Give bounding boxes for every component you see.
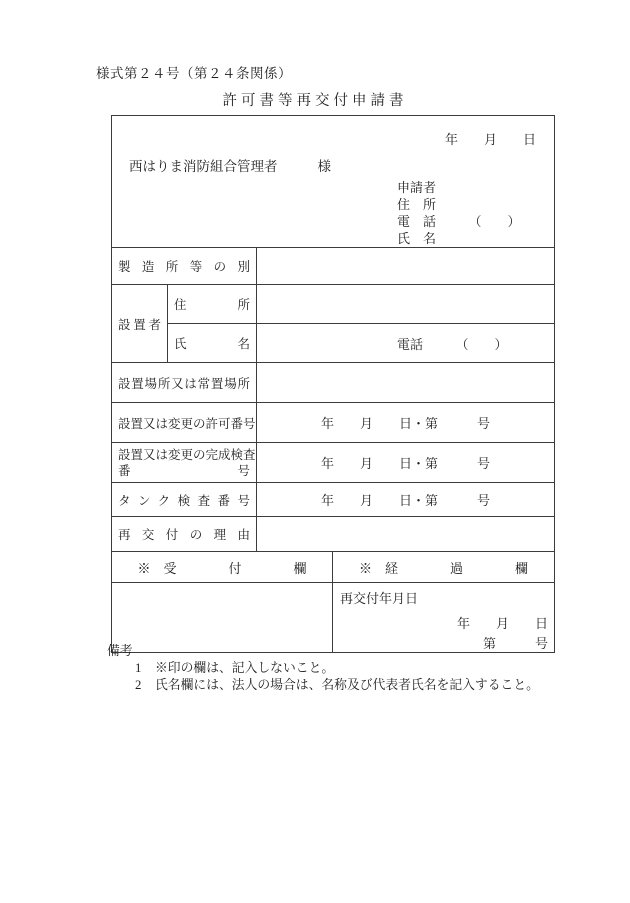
remark-1-number: 1 — [135, 660, 155, 677]
remark-item-1: 1 ※印の欄は、記入しないこと。 — [107, 660, 539, 677]
date-line: 年 月 日 — [112, 129, 554, 148]
form-number: 様式第２４号（第２４条関係） — [96, 62, 292, 82]
installer-phone-value: 電話 （ ） — [257, 324, 555, 363]
section-header-row: ※ 受 付 欄 ※ 経 過 欄 — [112, 552, 555, 583]
location-value-cell — [257, 363, 555, 403]
installer-name-row: 氏名 電話 （ ） — [112, 324, 555, 363]
installer-label: 設置者 — [112, 285, 168, 363]
addressee-line: 西はりま消防組合管理者様 — [112, 155, 554, 175]
honorific: 様 — [318, 159, 332, 174]
tank-inspection-row: タンク検査番号 年 月 日・第 号 — [112, 483, 555, 517]
reissue-reason-row: 再交付の理由 — [112, 517, 555, 552]
facility-type-row: 製造所等の別 — [112, 248, 555, 285]
remarks-block: 備考 1 ※印の欄は、記入しないこと。 2 氏名欄には、法人の場合は、名称及び代… — [107, 643, 539, 694]
addressee: 西はりま消防組合管理者 — [129, 159, 278, 174]
applicant-block: 申請者 住 所 電 話 （ ） 氏 名 — [397, 179, 554, 247]
header-cell: 年 月 日 西はりま消防組合管理者様 申請者 住 所 電 話 （ ） 氏 名 — [112, 116, 555, 248]
reissue-date-value: 年 月 日 — [333, 613, 554, 632]
remark-2-text: 氏名欄には、法人の場合は、名称及び代表者氏名を記入すること。 — [155, 677, 539, 694]
location-row: 設置場所又は常置場所 — [112, 363, 555, 403]
facility-type-label: 製造所等の別 — [112, 248, 257, 285]
header-row: 年 月 日 西はりま消防組合管理者様 申請者 住 所 電 話 （ ） 氏 名 — [112, 116, 555, 248]
completion-inspection-label-line2: 番号 — [118, 463, 250, 479]
location-label: 設置場所又は常置場所 — [112, 363, 257, 403]
remarks-title: 備考 — [107, 643, 539, 660]
progress-column-header: ※ 経 過 欄 — [333, 552, 555, 583]
application-form-table: 年 月 日 西はりま消防組合管理者様 申請者 住 所 電 話 （ ） 氏 名 製… — [111, 115, 555, 653]
reissue-reason-value-cell — [257, 517, 555, 552]
applicant-name-label: 氏 名 — [397, 230, 554, 247]
installer-address-row: 設置者 住所 — [112, 285, 555, 324]
completion-inspection-value: 年 月 日・第 号 — [257, 443, 555, 483]
permit-number-value: 年 月 日・第 号 — [257, 403, 555, 443]
remark-2-number: 2 — [135, 677, 155, 694]
document-page: 様式第２４号（第２４条関係） 許可書等再交付申請書 年 月 日 西はりま消防組合… — [0, 0, 630, 903]
permit-number-label: 設置又は変更の許可番号 — [112, 403, 257, 443]
applicant-label: 申請者 — [397, 179, 554, 196]
applicant-address-label: 住 所 — [397, 196, 554, 213]
completion-inspection-row: 設置又は変更の完成検査 番号 年 月 日・第 号 — [112, 443, 555, 483]
applicant-phone-label: 電 話 （ ） — [397, 213, 554, 230]
facility-type-value-cell — [257, 248, 555, 285]
completion-inspection-label-line1: 設置又は変更の完成検査 — [118, 447, 250, 463]
reissue-reason-label: 再交付の理由 — [112, 517, 257, 552]
installer-name-label: 氏名 — [168, 324, 257, 363]
completion-inspection-label: 設置又は変更の完成検査 番号 — [112, 443, 257, 483]
section-body-row: 再交付年月日 年 月 日 第 号 — [112, 583, 555, 653]
progress-column-cell: 再交付年月日 年 月 日 第 号 — [333, 583, 555, 653]
tank-inspection-value: 年 月 日・第 号 — [257, 483, 555, 517]
page-title: 許可書等再交付申請書 — [0, 89, 630, 110]
permit-number-row: 設置又は変更の許可番号 年 月 日・第 号 — [112, 403, 555, 443]
reception-column-cell — [112, 583, 333, 653]
installer-address-label: 住所 — [168, 285, 257, 324]
reissue-date-label: 再交付年月日 — [333, 583, 554, 607]
installer-address-value-cell — [257, 285, 555, 324]
tank-inspection-label: タンク検査番号 — [112, 483, 257, 517]
reception-column-header: ※ 受 付 欄 — [112, 552, 333, 583]
remark-item-2: 2 氏名欄には、法人の場合は、名称及び代表者氏名を記入すること。 — [107, 677, 539, 694]
remark-1-text: ※印の欄は、記入しないこと。 — [155, 660, 334, 677]
